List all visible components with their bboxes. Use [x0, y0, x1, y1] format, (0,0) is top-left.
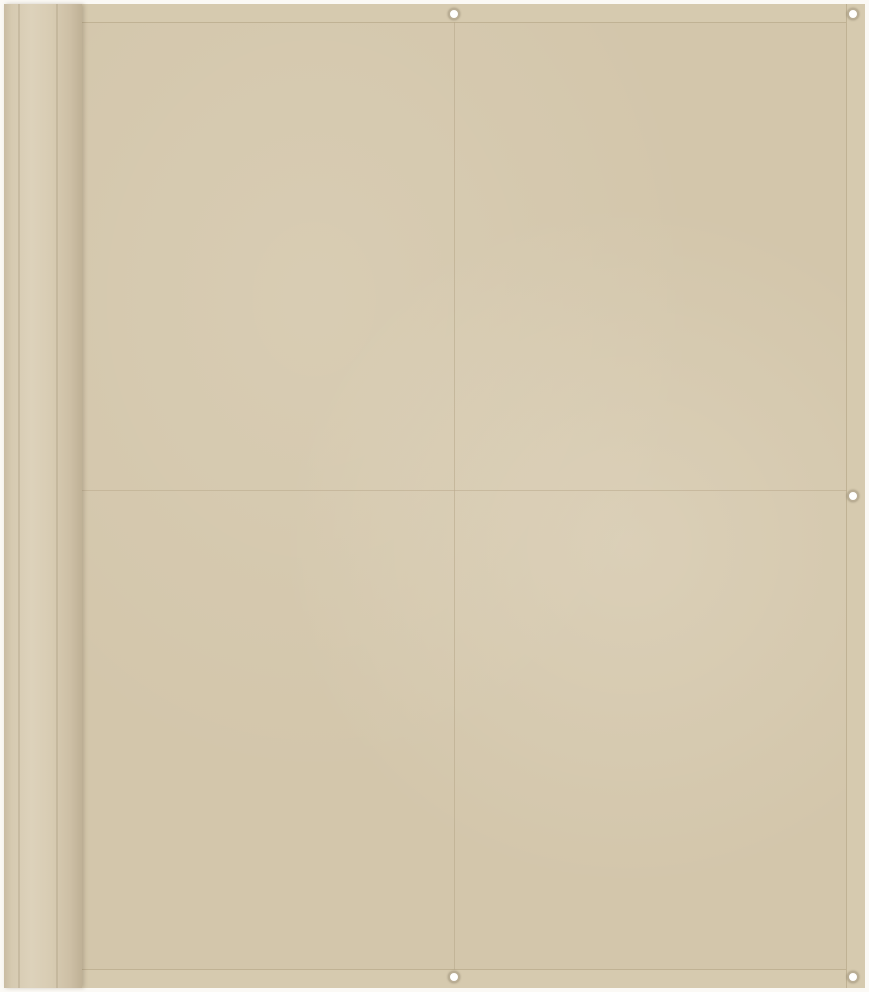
fabric-roll [4, 4, 82, 988]
horizontal-crease [78, 490, 847, 491]
grommet-icon [847, 490, 859, 502]
vertical-crease [454, 22, 455, 970]
roll-fold-line [56, 4, 58, 988]
grommet-icon [448, 971, 460, 983]
grommet-icon [847, 8, 859, 20]
grommet-icon [847, 971, 859, 983]
product-photo [0, 0, 869, 992]
fabric-panel [78, 4, 865, 988]
roll-fold-line [18, 4, 20, 988]
grommet-icon [448, 8, 460, 20]
bottom-hem [78, 969, 865, 988]
top-hem [78, 4, 865, 23]
